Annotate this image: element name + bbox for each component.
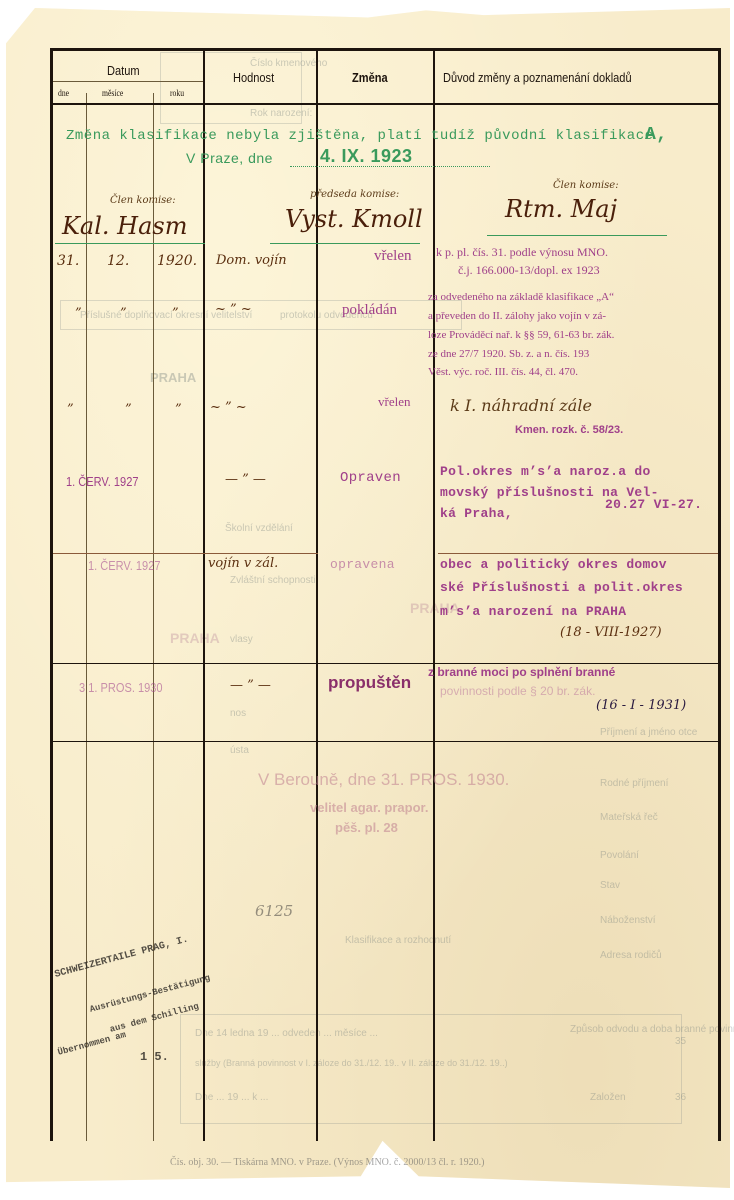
printer-footer: Čís. obj. 30. — Tiskárna MNO. v Praze. (… — [170, 1157, 484, 1168]
entry-reason-line: m’s’a narození na PRAHA — [440, 604, 626, 619]
header-datum: Datum — [107, 63, 140, 78]
entry-reason-date: (16 - I - 1931) — [596, 698, 686, 713]
entry-year: ” — [175, 402, 182, 417]
entry-month: ” — [125, 402, 132, 417]
entry-reason-line: k p. pl. čís. 31. podle výnosu MNO. — [436, 245, 608, 260]
entry-month: 12. — [107, 253, 129, 269]
entry-reason-line: Pol.okres m’s’a naroz.a do — [440, 464, 651, 479]
entry-reason-line: povinnosti podle § 20 br. zák. — [440, 684, 595, 698]
row-rule — [53, 741, 718, 742]
entry-reason-line: z branné moci po splnění branné — [428, 665, 615, 679]
row-rule — [53, 553, 318, 554]
entry-reason-line: obec a politický okres domov — [440, 557, 667, 572]
header-duvod: Důvod změny a poznamenání dokladů — [443, 70, 632, 85]
row-rule — [438, 553, 718, 554]
entry-change: opravena — [330, 557, 395, 572]
header-rule — [53, 103, 718, 105]
entry-rank: — ” — — [230, 678, 271, 693]
classification-date: 4. IX. 1923 — [320, 146, 413, 167]
entry-date-stamp: 1. ČERV. 1927 — [66, 474, 139, 489]
signature-center: Vyst. Kmoll — [285, 205, 423, 233]
entry-rank: vojín v zál. — [208, 556, 278, 571]
member-label-left: Člen komise: — [110, 195, 176, 206]
entry-reason-line: za odvedeného na základě klasifikace „A“ — [428, 291, 614, 303]
header-dne: dne — [58, 88, 69, 98]
signature-left: Kal. Hasm — [62, 212, 187, 240]
row-rule — [53, 663, 718, 664]
entry-reason-date: 20.27 VI-27. — [605, 497, 702, 512]
sig-rule — [487, 235, 667, 236]
signature-right: Rtm. Maj — [505, 195, 617, 223]
entry-reason-line: Věst. výc. roč. III. čís. 44, čl. 470. — [428, 366, 578, 378]
entry-change: pokládán — [342, 302, 397, 319]
col-divider — [86, 93, 87, 1141]
sig-rule — [270, 243, 420, 244]
entry-reason-line: loze Prováděcí nař. k §§ 59, 61-63 br. z… — [428, 329, 614, 341]
entry-rank: ~ ” ~ — [215, 302, 252, 317]
entry-year: 1920. — [157, 253, 197, 269]
entry-change: vřelen — [374, 248, 411, 265]
entry-change: Opraven — [340, 470, 401, 486]
entry-reason-line: č.j. 166.000-13/dopl. ex 1923 — [458, 263, 600, 278]
entry-day: 31. — [57, 253, 79, 269]
chair-label: předseda komise: — [310, 189, 399, 200]
col-divider — [153, 93, 154, 1141]
handwritten-number: 6125 — [255, 902, 293, 920]
beroun-stamp: V Berouně, dne 31. PROS. 1930. — [258, 770, 509, 790]
unit-stamp: pěš. pl. 28 — [335, 820, 398, 835]
sig-rule — [55, 243, 205, 244]
header-hodnost: Hodnost — [233, 70, 274, 85]
entry-date-stamp: 1. ČERV. 1927 — [88, 558, 161, 573]
classification-text: Změna klasifikace nebyla zjištěna, platí… — [66, 128, 654, 144]
entry-day: ” — [67, 402, 74, 417]
entry-month: ” — [120, 306, 127, 321]
place-date-prefix: V Praze, dne — [186, 150, 273, 166]
datum-subrule — [53, 81, 203, 82]
entry-rank: Dom. vojín — [216, 253, 287, 268]
entry-reason-line: ze dne 27/7 1920. Sb. z. a n. čís. 193 — [428, 348, 589, 360]
entry-rank: ~ ” ~ — [210, 400, 247, 415]
entry-reason-line: ské Příslušnosti a polit.okres — [440, 580, 683, 595]
member-label-right: Člen komise: — [553, 180, 619, 191]
col-divider — [433, 51, 435, 1141]
entry-change: vřelen — [378, 394, 410, 410]
header-roku: roku — [170, 88, 184, 98]
header-mesice: měsíce — [102, 88, 123, 98]
classification-class: A, — [645, 125, 668, 145]
entry-reason-line: k I. náhradní zále — [450, 396, 592, 415]
entry-reason-line: ká Praha, — [440, 506, 513, 521]
entry-day: ” — [75, 306, 82, 321]
header-zmena: Změna — [352, 70, 388, 85]
entry-change: propuštěn — [328, 673, 411, 693]
entry-rank: — ” — — [225, 472, 266, 487]
entry-date-stamp: 3 1. PROS. 1930 — [79, 680, 163, 695]
entry-year: ” — [172, 306, 179, 321]
velitel-stamp: velitel agar. prapor. — [310, 800, 429, 815]
entry-reason-line: Kmen. rozk. č. 58/23. — [515, 424, 623, 436]
entry-reason-date: (18 - VIII-1927) — [560, 625, 662, 640]
german-stamp-date: 1 5. — [140, 1050, 169, 1064]
entry-reason-line: a převeden do II. zálohy jako vojín v zá… — [428, 310, 606, 322]
